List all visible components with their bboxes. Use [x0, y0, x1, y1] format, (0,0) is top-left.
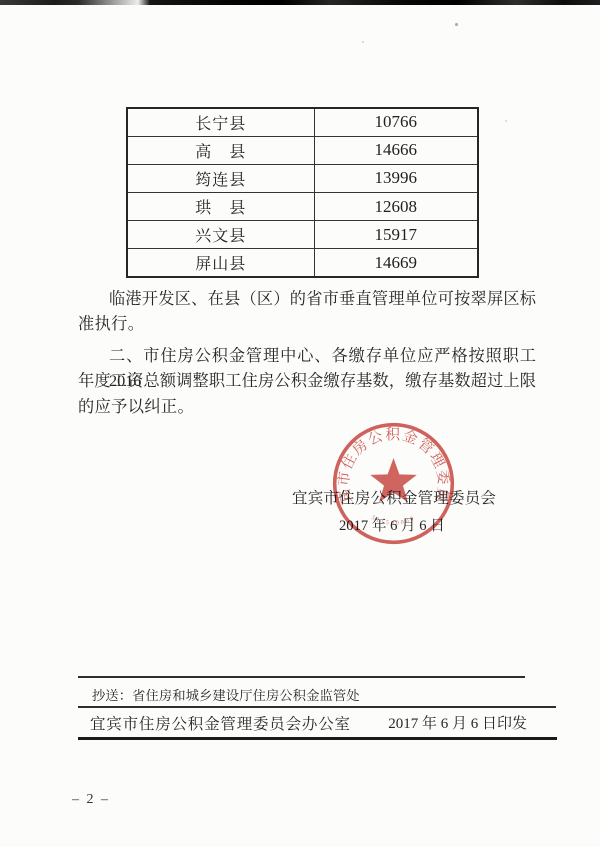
county-name-cell: 长宁县 — [127, 108, 314, 136]
scan-speck — [505, 120, 507, 122]
seal-code-holder: 511500000 — [370, 515, 416, 527]
document-page: 长宁县 10766 高 县 14666 筠连县 13996 珙 县 12608 … — [0, 0, 600, 847]
table-row: 长宁县 10766 — [127, 108, 478, 136]
base-value-cell: 13996 — [314, 164, 478, 192]
paragraph-line: 二、市住房公积金管理中心、各缴存单位应严格按照职工 2016 — [78, 344, 536, 369]
footer-divider-bottom — [78, 737, 557, 740]
scan-speck — [362, 41, 364, 43]
base-value-cell: 15917 — [314, 221, 478, 249]
seal-code-text: 511500000 — [370, 515, 416, 527]
official-seal: 宜宾市住房公积金管理委员会 511500000 — [330, 420, 457, 547]
county-name-cell: 高 县 — [127, 136, 314, 164]
paragraph-line: 准执行。 — [78, 312, 536, 337]
body-text: 临港开发区、在县（区）的省市垂直管理单位可按翠屏区标 准执行。 二、市住房公积金… — [78, 287, 536, 420]
table-row: 筠连县 13996 — [127, 164, 478, 192]
county-name-cell: 屏山县 — [127, 249, 314, 277]
table-row: 珙 县 12608 — [127, 192, 478, 220]
table-row: 屏山县 14669 — [127, 249, 478, 277]
table-row: 兴文县 15917 — [127, 221, 478, 249]
star-icon — [370, 458, 417, 502]
paragraph-line: 年度工资总额调整职工住房公积金缴存基数，缴存基数超过上限 — [78, 369, 536, 394]
paragraph-line: 的应予以纠正。 — [78, 395, 536, 420]
table-row: 高 县 14666 — [127, 136, 478, 164]
base-value-cell: 12608 — [314, 192, 478, 220]
page-number: – 2 – — [72, 792, 110, 808]
county-name-cell: 兴文县 — [127, 221, 314, 249]
footer-divider-middle — [78, 706, 556, 708]
base-value-cell: 10766 — [314, 108, 478, 136]
base-value-cell: 14666 — [314, 136, 478, 164]
cc-line: 抄送：省住房和城乡建设厅住房公积金监管处 — [92, 685, 360, 704]
county-name-cell: 珙 县 — [127, 192, 314, 220]
county-standard-table: 长宁县 10766 高 县 14666 筠连县 13996 珙 县 12608 … — [126, 107, 479, 278]
issuer-office: 宜宾市住房公积金管理委员会办公室 — [90, 712, 351, 734]
scan-artifact-top — [0, 0, 600, 5]
paragraph-line: 临港开发区、在县（区）的省市垂直管理单位可按翠屏区标 — [78, 287, 536, 312]
base-value-cell: 14669 — [314, 249, 478, 277]
scan-speck — [455, 23, 458, 26]
county-name-cell: 筠连县 — [127, 164, 314, 192]
print-date: 2017 年 6 月 6 日印发 — [388, 712, 527, 733]
footer-divider-top — [78, 676, 525, 678]
